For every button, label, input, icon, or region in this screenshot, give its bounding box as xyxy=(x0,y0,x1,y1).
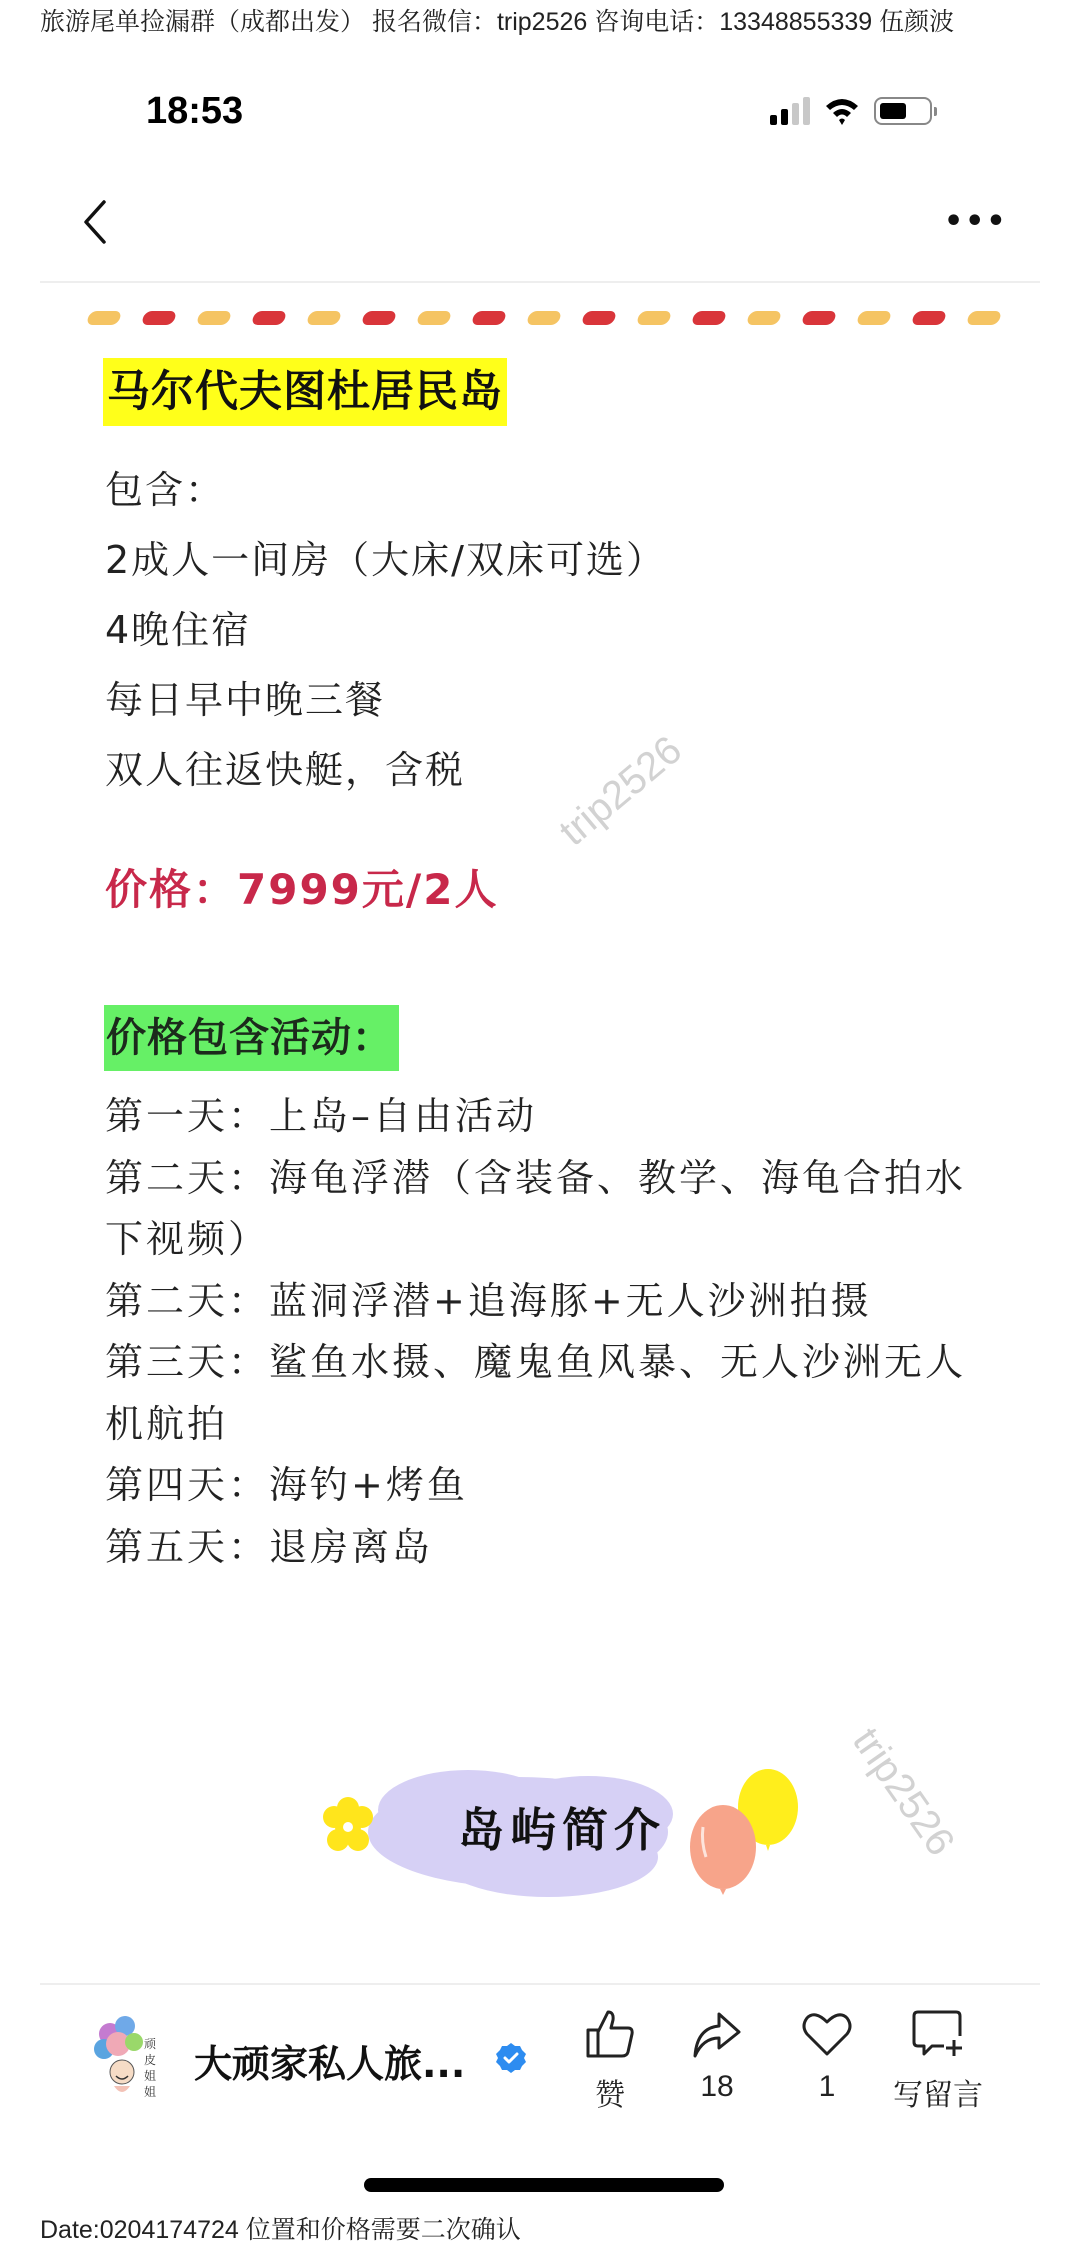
svg-text:姐: 姐 xyxy=(144,2068,156,2083)
top-banner-text: 旅游尾单捡漏群（成都出发） 报名微信：trip2526 咨询电话：1334885… xyxy=(40,2,954,38)
activities-list: 第一天：上岛–自由活动 第二天：海龟浮潜（含装备、教学、海龟合拍水下视频） 第二… xyxy=(105,1086,1005,1578)
activities-title: 价格包含活动： xyxy=(104,1005,399,1071)
flower-icon xyxy=(323,1797,373,1851)
share-icon xyxy=(689,2006,745,2062)
svg-text:皮: 皮 xyxy=(144,2052,156,2067)
status-icons xyxy=(770,96,932,126)
includes-item: 包含： xyxy=(105,455,666,525)
footer-divider xyxy=(40,1983,1040,1985)
avatar[interactable]: 顽 皮 姐 姐 xyxy=(92,2014,172,2104)
signal-icon xyxy=(770,97,810,125)
includes-item: 2成人一间房（大床/双床可选） xyxy=(105,525,666,595)
activity-item: 第一天：上岛–自由活动 xyxy=(105,1086,1005,1148)
avatar-image: 顽 皮 姐 姐 xyxy=(92,2014,172,2104)
decorative-dash-line xyxy=(88,311,1000,325)
activity-item: 第二天：蓝洞浮潜+追海豚+无人沙洲拍摄 xyxy=(105,1271,1005,1333)
share-count: 18 xyxy=(700,2070,733,2104)
section-heading: 岛屿简介 xyxy=(458,1794,666,1860)
includes-item: 4晚住宿 xyxy=(105,595,666,665)
activity-item: 第二天：海龟浮潜（含装备、教学、海龟合拍水下视频） xyxy=(105,1148,1005,1271)
more-button[interactable]: ••• xyxy=(944,210,1008,234)
includes-list: 包含： 2成人一间房（大床/双床可选） 4晚住宿 每日早中晚三餐 双人往返快艇，… xyxy=(105,455,666,805)
verified-badge-icon xyxy=(495,2042,527,2074)
favorite-button[interactable]: 1 xyxy=(782,2006,872,2104)
header-divider xyxy=(40,281,1040,283)
svg-text:姐: 姐 xyxy=(144,2084,156,2099)
watermark: trip2526 xyxy=(843,1720,963,1864)
article-title: 马尔代夫图杜居民岛 xyxy=(103,358,507,426)
share-button[interactable]: 18 xyxy=(672,2006,762,2104)
activity-item: 第四天：海钓+烤鱼 xyxy=(105,1455,1005,1517)
favorite-count: 1 xyxy=(819,2070,836,2104)
comment-add-icon xyxy=(910,2006,966,2062)
heart-icon xyxy=(799,2006,855,2062)
like-button[interactable]: 赞 xyxy=(565,2006,655,2114)
section-heading-graphic: 岛屿简介 xyxy=(318,1732,838,1922)
wifi-icon xyxy=(824,96,860,126)
date-note: Date:0204174724 位置和价格需要二次确认 xyxy=(40,2210,521,2246)
status-time: 18:53 xyxy=(146,90,243,133)
like-label: 赞 xyxy=(595,2070,625,2114)
includes-item: 每日早中晚三餐 xyxy=(105,665,666,735)
price-text: 价格：7999元/2人 xyxy=(105,862,498,918)
svg-text:顽: 顽 xyxy=(144,2037,156,2051)
thumbs-up-icon xyxy=(582,2006,638,2062)
write-comment-label: 写留言 xyxy=(893,2070,983,2114)
author-name[interactable]: 大顽家私人旅... xyxy=(194,2033,465,2088)
write-comment-button[interactable]: 写留言 xyxy=(893,2006,983,2114)
back-button[interactable] xyxy=(80,198,108,246)
activity-item: 第三天：鲨鱼水摄、魔鬼鱼风暴、无人沙洲无人机航拍 xyxy=(105,1332,1005,1455)
activity-item: 第五天：退房离岛 xyxy=(105,1517,1005,1579)
battery-icon xyxy=(874,97,932,125)
home-indicator[interactable] xyxy=(364,2178,724,2192)
